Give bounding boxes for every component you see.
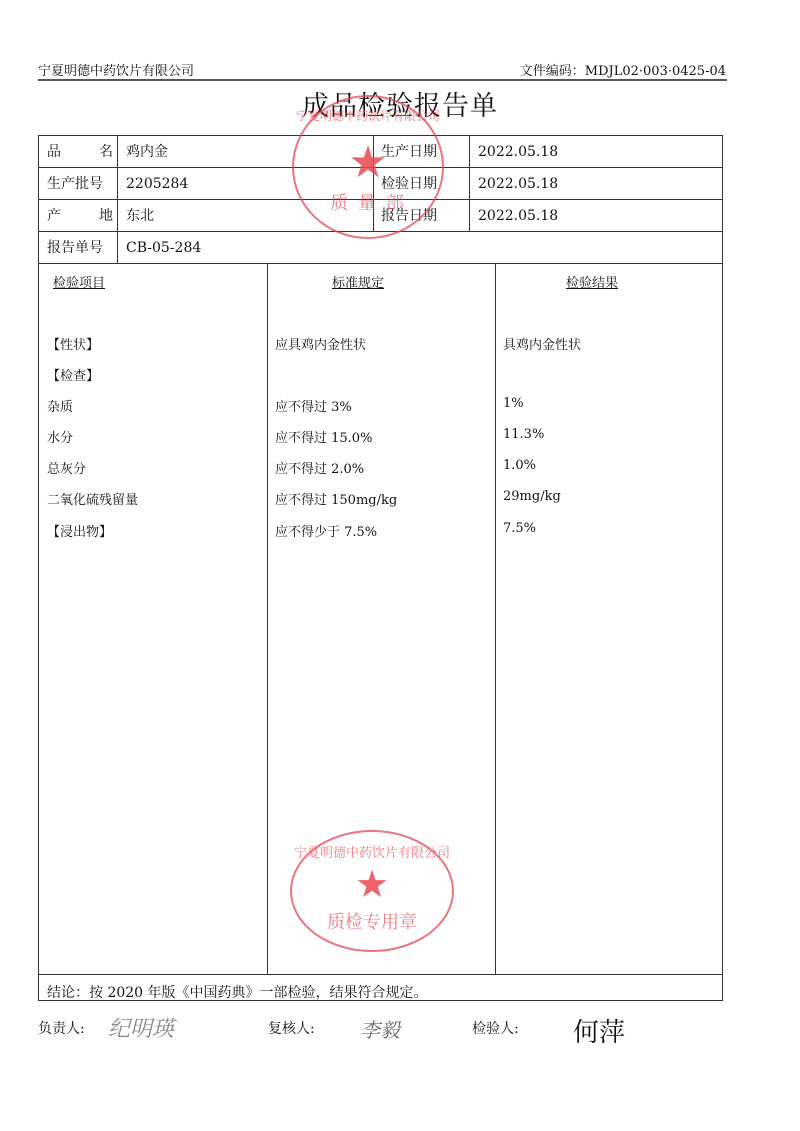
responsible-label: 负责人: [38,1018,85,1038]
row-standard: 应不得过 3% [275,396,352,415]
product-name-value: 鸡内金 [126,136,168,168]
inspector-signature: 何萍 [573,1012,625,1049]
row-item: 二氧化硫残留量 [47,489,138,508]
column-header-item: 检验项目 [53,272,105,291]
divider [39,974,722,975]
row-standard: 应不得过 2.0% [275,458,364,477]
company-name: 宁夏明德中药饮片有限公司 [38,60,194,79]
report-date-label: 报告日期 [381,200,437,232]
row-item: 总灰分 [47,458,86,477]
row-standard: 应不得过 150mg/kg [275,489,397,508]
report-no-value: CB-05-284 [126,232,201,264]
product-name-label: 品名 [47,136,113,168]
reviewer-signature: 李毅 [360,1014,400,1043]
row-item: 【性状】 [47,334,99,353]
batch-label: 生产批号 [47,168,103,200]
origin-label: 产地 [47,200,113,232]
column-header-result: 检验结果 [566,272,618,291]
row-result: 1.0% [503,458,536,473]
row-standard: 应具鸡内金性状 [275,334,366,353]
reviewer-label: 复核人: [268,1018,315,1038]
divider [495,263,496,974]
row-standard: 应不得少于 7.5% [275,521,377,540]
row-item: 【检查】 [47,365,99,384]
production-date-value: 2022.05.18 [478,136,558,168]
row-result: 7.5% [503,521,536,536]
row-result: 29mg/kg [503,489,561,504]
file-code: 文件编码：MDJL02·003·0425-04 [520,60,726,79]
responsible-signature: 纪明瑛 [108,1012,174,1043]
row-item: 水分 [47,427,73,446]
row-result: 11.3% [503,427,544,442]
inspection-date-value: 2022.05.18 [478,168,558,200]
header-divider [38,79,727,81]
divider [469,136,470,232]
column-header-standard: 标准规定 [332,272,384,291]
divider [373,136,374,232]
report-date-value: 2022.05.18 [478,200,558,232]
divider [267,263,268,974]
inspection-date-label: 检验日期 [381,168,437,200]
row-result: 1% [503,396,524,411]
row-item: 杂质 [47,396,73,415]
row-item: 【浸出物】 [47,521,112,540]
production-date-label: 生产日期 [381,136,437,168]
report-table: 品名 鸡内金 生产日期 2022.05.18 生产批号 2205284 检验日期… [38,135,723,1001]
origin-value: 东北 [126,200,154,232]
divider [117,136,118,263]
batch-value: 2205284 [126,168,188,200]
report-no-label: 报告单号 [47,232,103,264]
row-standard: 应不得过 15.0% [275,427,372,446]
row-result: 具鸡内金性状 [503,334,581,353]
conclusion: 结论：按 2020 年版《中国药典》一部检验，结果符合规定。 [47,982,428,1002]
page-title: 成品检验报告单 [0,84,800,123]
inspector-label: 检验人: [472,1018,519,1038]
